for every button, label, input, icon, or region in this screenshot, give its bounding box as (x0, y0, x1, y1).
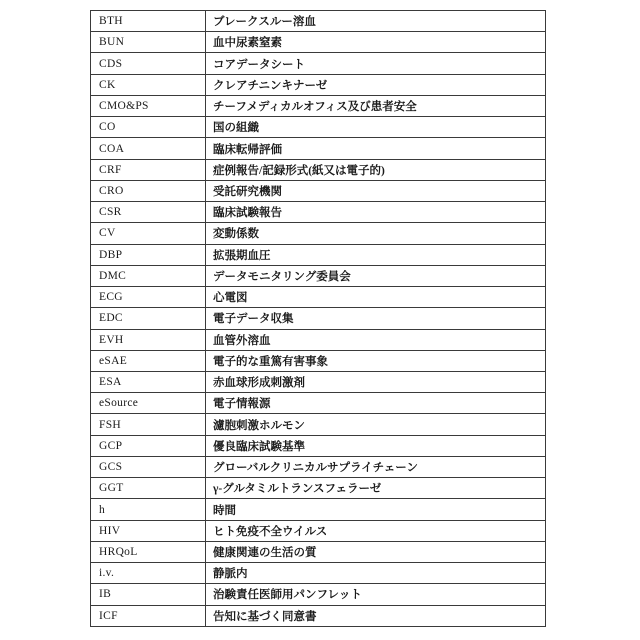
table-row: eSAE 電子的な重篤有害事象 (91, 350, 546, 371)
definition-cell: 告知に基づく同意書 (206, 605, 546, 626)
definition-cell: ヒト免疫不全ウイルス (206, 520, 546, 541)
abbreviation-cell: CDS (91, 53, 206, 74)
table-row: FSH 濾胞刺激ホルモン (91, 414, 546, 435)
definition-cell: 心電図 (206, 287, 546, 308)
definition-cell: グローバルクリニカルサプライチェーン (206, 456, 546, 477)
definition-cell: 静脈内 (206, 563, 546, 584)
abbreviation-cell: DBP (91, 244, 206, 265)
definition-cell: 国の組織 (206, 117, 546, 138)
table-row: CDS コアデータシート (91, 53, 546, 74)
definition-cell: 変動係数 (206, 223, 546, 244)
definition-cell: チーフメディカルオフィス及び患者安全 (206, 95, 546, 116)
abbreviation-cell: BUN (91, 32, 206, 53)
table-row: CRF 症例報告/記録形式(紙又は電子的) (91, 159, 546, 180)
abbreviation-cell: ICF (91, 605, 206, 626)
abbreviation-cell: CMO&PS (91, 95, 206, 116)
abbreviation-cell: h (91, 499, 206, 520)
abbreviation-table: BTH ブレークスルー溶血 BUN 血中尿素窒素 CDS コアデータシート CK… (90, 10, 546, 627)
abbreviation-cell: CRF (91, 159, 206, 180)
abbreviation-cell: FSH (91, 414, 206, 435)
abbreviation-cell: CRO (91, 180, 206, 201)
definition-cell: 電子的な重篤有害事象 (206, 350, 546, 371)
definition-cell: コアデータシート (206, 53, 546, 74)
table-row: CSR 臨床試験報告 (91, 202, 546, 223)
table-row: h 時間 (91, 499, 546, 520)
abbreviation-cell: IB (91, 584, 206, 605)
abbreviation-cell: CO (91, 117, 206, 138)
definition-cell: データモニタリング委員会 (206, 265, 546, 286)
definition-cell: 臨床転帰評価 (206, 138, 546, 159)
document-page: BTH ブレークスルー溶血 BUN 血中尿素窒素 CDS コアデータシート CK… (0, 0, 640, 640)
table-row: IB 治験責任医師用パンフレット (91, 584, 546, 605)
abbreviation-cell: DMC (91, 265, 206, 286)
table-row: GCP 優良臨床試験基準 (91, 435, 546, 456)
abbreviation-cell: BTH (91, 11, 206, 32)
abbreviation-cell: HIV (91, 520, 206, 541)
definition-cell: 優良臨床試験基準 (206, 435, 546, 456)
abbreviation-cell: CK (91, 74, 206, 95)
abbreviation-cell: EVH (91, 329, 206, 350)
table-row: ESA 赤血球形成刺激剤 (91, 371, 546, 392)
abbreviation-cell: eSource (91, 393, 206, 414)
definition-cell: 治験責任医師用パンフレット (206, 584, 546, 605)
definition-cell: 血管外溶血 (206, 329, 546, 350)
abbreviation-cell: GCS (91, 456, 206, 477)
definition-cell: 電子情報源 (206, 393, 546, 414)
definition-cell: 電子データ収集 (206, 308, 546, 329)
table-row: CO 国の組織 (91, 117, 546, 138)
abbreviation-cell: GGT (91, 478, 206, 499)
definition-cell: 血中尿素窒素 (206, 32, 546, 53)
definition-cell: γ-グルタミルトランスフェラーゼ (206, 478, 546, 499)
table-row: CV 変動係数 (91, 223, 546, 244)
definition-cell: 症例報告/記録形式(紙又は電子的) (206, 159, 546, 180)
table-row: i.v. 静脈内 (91, 563, 546, 584)
abbreviation-cell: ESA (91, 371, 206, 392)
abbreviation-cell: CV (91, 223, 206, 244)
abbreviation-cell: i.v. (91, 563, 206, 584)
table-row: CMO&PS チーフメディカルオフィス及び患者安全 (91, 95, 546, 116)
definition-cell: 濾胞刺激ホルモン (206, 414, 546, 435)
table-row: eSource 電子情報源 (91, 393, 546, 414)
abbreviation-table-body: BTH ブレークスルー溶血 BUN 血中尿素窒素 CDS コアデータシート CK… (91, 11, 546, 627)
table-row: CK クレアチニンキナーゼ (91, 74, 546, 95)
table-row: EDC 電子データ収集 (91, 308, 546, 329)
table-row: BTH ブレークスルー溶血 (91, 11, 546, 32)
abbreviation-cell: CSR (91, 202, 206, 223)
abbreviation-cell: eSAE (91, 350, 206, 371)
table-row: HRQoL 健康関連の生活の質 (91, 541, 546, 562)
definition-cell: 拡張期血圧 (206, 244, 546, 265)
definition-cell: 時間 (206, 499, 546, 520)
abbreviation-cell: ECG (91, 287, 206, 308)
definition-cell: クレアチニンキナーゼ (206, 74, 546, 95)
abbreviation-cell: COA (91, 138, 206, 159)
table-row: GGT γ-グルタミルトランスフェラーゼ (91, 478, 546, 499)
abbreviation-cell: HRQoL (91, 541, 206, 562)
abbreviation-cell: EDC (91, 308, 206, 329)
table-row: HIV ヒト免疫不全ウイルス (91, 520, 546, 541)
abbreviation-cell: GCP (91, 435, 206, 456)
definition-cell: ブレークスルー溶血 (206, 11, 546, 32)
definition-cell: 赤血球形成刺激剤 (206, 371, 546, 392)
definition-cell: 受託研究機関 (206, 180, 546, 201)
table-row: COA 臨床転帰評価 (91, 138, 546, 159)
table-row: ECG 心電図 (91, 287, 546, 308)
table-row: DBP 拡張期血圧 (91, 244, 546, 265)
table-row: DMC データモニタリング委員会 (91, 265, 546, 286)
table-row: GCS グローバルクリニカルサプライチェーン (91, 456, 546, 477)
table-row: CRO 受託研究機関 (91, 180, 546, 201)
table-row: EVH 血管外溶血 (91, 329, 546, 350)
table-row: BUN 血中尿素窒素 (91, 32, 546, 53)
table-row: ICF 告知に基づく同意書 (91, 605, 546, 626)
definition-cell: 臨床試験報告 (206, 202, 546, 223)
definition-cell: 健康関連の生活の質 (206, 541, 546, 562)
